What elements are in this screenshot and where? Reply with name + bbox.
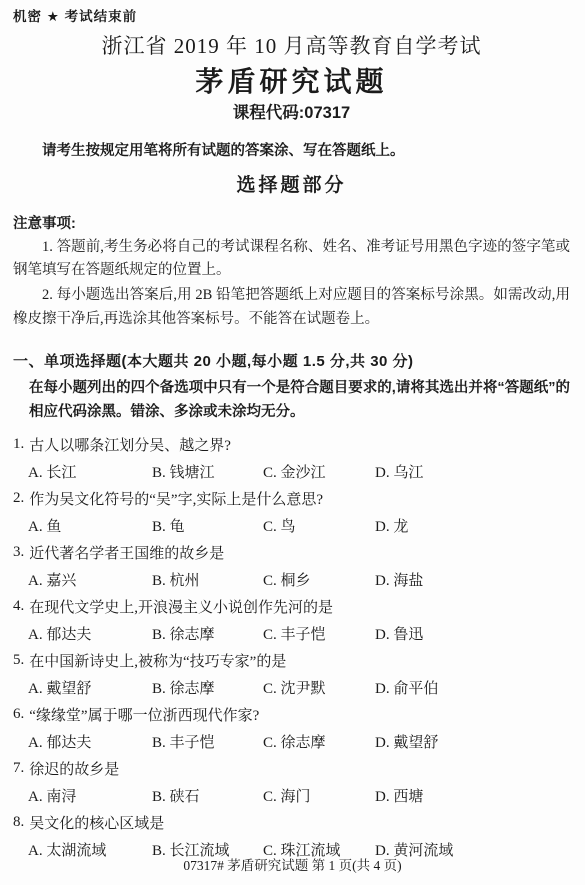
notes-title: 注意事项: (13, 215, 570, 234)
option-a: A. 南浔 (28, 785, 152, 806)
question-list: 1. 古人以哪条江划分吴、越之界? A. 长江 B. 钱塘江 C. 金沙江 D.… (13, 431, 570, 863)
option-d: D. 鲁迅 (375, 623, 570, 644)
question-number: 1. (13, 436, 24, 453)
security-notice: 机密 ★ 考试结束前 (13, 8, 570, 25)
option-a: A. 郁达夫 (28, 731, 152, 752)
option-d: D. 戴望舒 (375, 731, 570, 752)
question-6: 6. “缘缘堂”属于哪一位浙西现代作家? (13, 701, 570, 728)
question-number: 8. (13, 814, 24, 831)
question-3: 3. 近代著名学者王国维的故乡是 (13, 539, 570, 566)
question-4: 4. 在现代文学史上,开浪漫主义小说创作先河的是 (13, 593, 570, 620)
question-7-options: A. 南浔 B. 硖石 C. 海门 D. 西塘 (13, 782, 570, 809)
option-c: C. 丰子恺 (263, 623, 375, 644)
option-a: A. 郁达夫 (28, 623, 152, 644)
paper-title: 茅盾研究试题 (13, 64, 570, 99)
question-text: 近代著名学者王国维的故乡是 (29, 542, 224, 563)
option-b: B. 丰子恺 (152, 731, 263, 752)
question-text: 古人以哪条江划分吴、越之界? (29, 434, 231, 455)
question-text: 在现代文学史上,开浪漫主义小说创作先河的是 (29, 596, 333, 617)
option-a: A. 鱼 (28, 515, 152, 536)
option-a: A. 长江 (28, 461, 152, 482)
option-b: B. 硖石 (152, 785, 263, 806)
option-d: D. 西塘 (375, 785, 570, 806)
question-2: 2. 作为吴文化符号的“吴”字,实际上是什么意思? (13, 485, 570, 512)
question-2-options: A. 鱼 B. 龟 C. 鸟 D. 龙 (13, 512, 570, 539)
option-b: B. 徐志摩 (152, 623, 263, 644)
option-b: B. 钱塘江 (152, 461, 263, 482)
option-c: C. 鸟 (263, 515, 375, 536)
option-c: C. 沈尹默 (263, 677, 375, 698)
question-4-options: A. 郁达夫 B. 徐志摩 C. 丰子恺 D. 鲁迅 (13, 620, 570, 647)
question-8: 8. 吴文化的核心区域是 (13, 809, 570, 836)
option-a: A. 嘉兴 (28, 569, 152, 590)
option-d: D. 海盐 (375, 569, 570, 590)
question-number: 3. (13, 544, 24, 561)
question-number: 4. (13, 598, 24, 615)
pen-instruction: 请考生按规定用笔将所有试题的答案涂、写在答题纸上。 (13, 141, 570, 161)
exam-title: 浙江省 2019 年 10 月高等教育自学考试 (13, 33, 570, 60)
question-1: 1. 古人以哪条江划分吴、越之界? (13, 431, 570, 458)
option-b: B. 徐志摩 (152, 677, 263, 698)
page-footer: 07317# 茅盾研究试题 第 1 页(共 4 页) (0, 854, 585, 874)
note-item-2: 2. 每小题选出答案后,用 2B 铅笔把答题纸上对应题目的答案标号涂黑。如需改动… (13, 284, 570, 330)
question-number: 5. (13, 652, 24, 669)
option-d: D. 俞平伯 (375, 677, 570, 698)
option-c: C. 海门 (263, 785, 375, 806)
option-d: D. 乌江 (375, 461, 570, 482)
section-title: 选择题部分 (13, 173, 570, 198)
question-text: 徐迟的故乡是 (29, 758, 119, 779)
question-text: “缘缘堂”属于哪一位浙西现代作家? (29, 704, 259, 725)
part1-heading: 一、单项选择题(本大题共 20 小题,每小题 1.5 分,共 30 分) (13, 352, 570, 372)
question-text: 吴文化的核心区域是 (29, 812, 164, 833)
question-7: 7. 徐迟的故乡是 (13, 755, 570, 782)
option-a: A. 戴望舒 (28, 677, 152, 698)
option-b: B. 龟 (152, 515, 263, 536)
question-number: 6. (13, 706, 24, 723)
question-text: 在中国新诗史上,被称为“技巧专家”的是 (29, 650, 286, 671)
question-number: 7. (13, 760, 24, 777)
option-c: C. 桐乡 (263, 569, 375, 590)
question-6-options: A. 郁达夫 B. 丰子恺 C. 徐志摩 D. 戴望舒 (13, 728, 570, 755)
question-3-options: A. 嘉兴 B. 杭州 C. 桐乡 D. 海盐 (13, 566, 570, 593)
question-5: 5. 在中国新诗史上,被称为“技巧专家”的是 (13, 647, 570, 674)
course-code: 课程代码:07317 (13, 103, 570, 124)
note-item-1: 1. 答题前,考生务必将自己的考试课程名称、姓名、准考证号用黑色字迹的签字笔或钢… (13, 236, 570, 282)
option-b: B. 杭州 (152, 569, 263, 590)
option-c: C. 徐志摩 (263, 731, 375, 752)
question-number: 2. (13, 490, 24, 507)
exam-paper-page: 机密 ★ 考试结束前 浙江省 2019 年 10 月高等教育自学考试 茅盾研究试… (0, 0, 585, 885)
question-1-options: A. 长江 B. 钱塘江 C. 金沙江 D. 乌江 (13, 458, 570, 485)
part1-instruction: 在每小题列出的四个备选项中只有一个是符合题目要求的,请将其选出并将“答题纸”的相… (29, 376, 570, 424)
option-d: D. 龙 (375, 515, 570, 536)
question-5-options: A. 戴望舒 B. 徐志摩 C. 沈尹默 D. 俞平伯 (13, 674, 570, 701)
option-c: C. 金沙江 (263, 461, 375, 482)
question-text: 作为吴文化符号的“吴”字,实际上是什么意思? (29, 488, 323, 509)
